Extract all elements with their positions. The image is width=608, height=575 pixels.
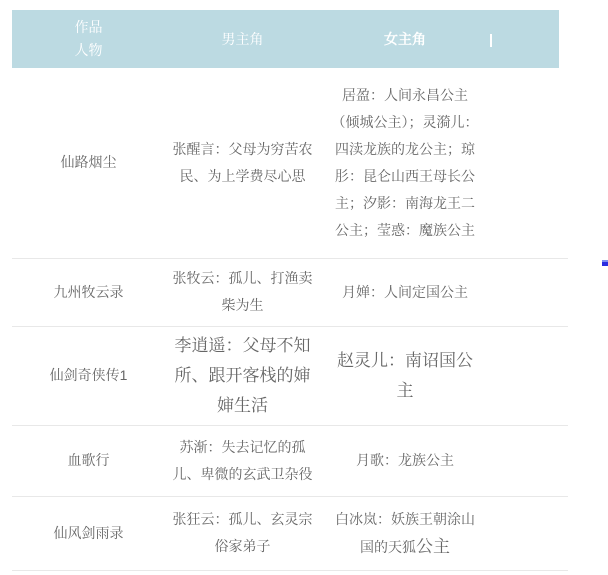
header-corner-character: 人物: [12, 39, 165, 62]
table-row: 九州牧云录 张牧云：孤儿、打渔卖柴为生 月婵：人间定国公主: [12, 258, 568, 326]
header-corner-cell: 作品 人物: [12, 10, 165, 68]
male-lead-cell: 张醒言：父母为穷苦农民、为上学费尽心思: [165, 68, 320, 258]
female-lead-text: 白冰岚：妖族王朝涂山国的天狐: [335, 511, 475, 555]
empty-cell: [490, 425, 568, 496]
male-lead-cell: 李逍遥：父母不知所、跟开客栈的婶婶生活: [165, 326, 320, 425]
table-header: 作品 人物 男主角 女主角: [12, 10, 568, 68]
table-row: 仙剑奇侠传1 李逍遥：父母不知所、跟开客栈的婶婶生活 赵灵儿：南诏国公主: [12, 326, 568, 425]
male-lead-cell: 苏渐：失去记忆的孤儿、卑微的玄武卫杂役: [165, 425, 320, 496]
empty-cell: [490, 68, 568, 258]
female-lead-cell: 赵灵儿：南诏国公主: [320, 326, 490, 425]
header-female-lead: 女主角: [320, 10, 490, 68]
header-male-lead: 男主角: [165, 10, 320, 68]
empty-cell: [490, 496, 568, 570]
header-row: 作品 人物 男主角 女主角: [12, 10, 568, 68]
female-lead-cell: 月歌：龙族公主: [320, 425, 490, 496]
text-cursor: [490, 34, 492, 47]
male-lead-cell: 张狂云：孤儿、玄灵宗俗家弟子: [165, 496, 320, 570]
work-cell: 仙路烟尘: [12, 68, 165, 258]
work-cell: 仙风剑雨录: [12, 496, 165, 570]
table-row: 血歌行 苏渐：失去记忆的孤儿、卑微的玄武卫杂役 月歌：龙族公主: [12, 425, 568, 496]
work-cell: 九州牧云录: [12, 258, 165, 326]
table-body: 仙路烟尘 张醒言：父母为穷苦农民、为上学费尽心思 居盈：人间永昌公主（倾城公主）…: [12, 68, 568, 570]
female-lead-cell: 白冰岚：妖族王朝涂山国的天狐公主: [320, 496, 490, 570]
table-row: 仙路烟尘 张醒言：父母为穷苦农民、为上学费尽心思 居盈：人间永昌公主（倾城公主）…: [12, 68, 568, 258]
header-corner-work: 作品: [12, 16, 165, 39]
female-lead-text-large: 公主: [416, 537, 450, 556]
male-lead-cell: 张牧云：孤儿、打渔卖柴为生: [165, 258, 320, 326]
work-cell: 血歌行: [12, 425, 165, 496]
female-lead-cell: 月婵：人间定国公主: [320, 258, 490, 326]
page: 作品 人物 男主角 女主角 仙路烟尘 张醒言：父母为穷苦农民、为上学费尽心思 居…: [0, 0, 608, 575]
empty-cell: [490, 326, 568, 425]
table-row: 仙风剑雨录 张狂云：孤儿、玄灵宗俗家弟子 白冰岚：妖族王朝涂山国的天狐公主: [12, 496, 568, 570]
edge-handle-icon[interactable]: [602, 260, 608, 266]
header-empty-cell: [490, 10, 568, 68]
female-lead-cell: 居盈：人间永昌公主（倾城公主）；灵漪儿：四渎龙族的龙公主；琼肜：昆仑山西王母长公…: [320, 68, 490, 258]
empty-cell: [490, 258, 568, 326]
character-comparison-table: 作品 人物 男主角 女主角 仙路烟尘 张醒言：父母为穷苦农民、为上学费尽心思 居…: [12, 10, 568, 571]
work-cell: 仙剑奇侠传1: [12, 326, 165, 425]
